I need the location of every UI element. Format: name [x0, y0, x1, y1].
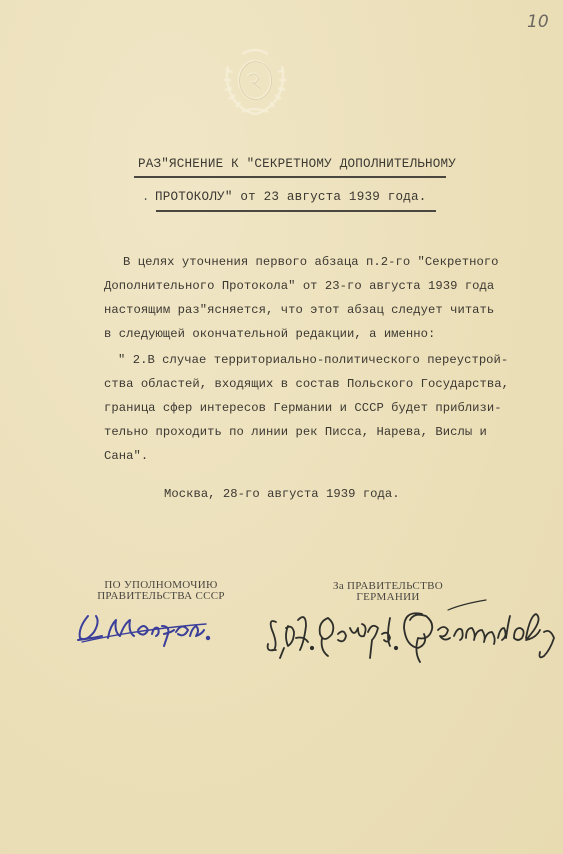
page-number: 10 [527, 12, 549, 32]
soviet-emblem-seal-icon [214, 42, 296, 122]
text-line: в следующей окончательной редакции, а им… [104, 327, 435, 341]
text-line: В целях уточнения первого абзаца п.2-го … [123, 255, 499, 269]
text-line: " 2.В случае территориально-политическог… [118, 353, 508, 367]
text-line: настоящим раз"ясняется, что этот абзац с… [104, 303, 494, 317]
title-underline [156, 210, 436, 212]
typewriter-mark: . [142, 190, 149, 204]
text-line: Дополнительного Протокола" от 23-го авгу… [104, 279, 494, 293]
text-line: тельно проходить по линии рек Писса, Нар… [104, 425, 487, 439]
title-underline [134, 176, 446, 178]
molotov-signature-icon [74, 608, 244, 648]
ussr-label-line-2: ПРАВИТЕЛЬСТВА СССР [86, 591, 236, 602]
place-and-date: Москва, 28-го августа 1939 года. [164, 487, 400, 501]
text-line: граница сфер интересов Германии и СССР б… [104, 401, 502, 415]
document-title-line-2: ПРОТОКОЛУ" от 23 августа 1939 года. [155, 190, 427, 204]
ribbentrop-signature-icon [262, 598, 563, 668]
text-line: Сана". [104, 449, 148, 463]
text-line: ства областей, входящих в состав Польско… [104, 377, 509, 391]
document-title-line-1: РАЗ"ЯСНЕНИЕ К "СЕКРЕТНОМУ ДОПОЛНИТЕЛЬНОМ… [138, 157, 456, 171]
